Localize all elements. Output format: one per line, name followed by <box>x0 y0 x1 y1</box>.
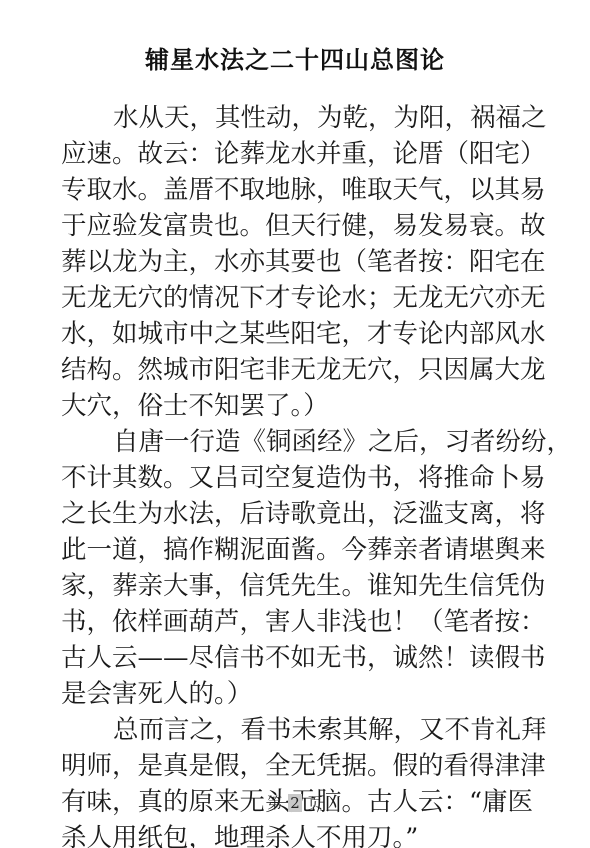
text-line: 水从天，其性动，为乾，为阳，祸福之 <box>61 100 531 136</box>
text-line: 于应验发富贵也。但天行健，易发易衰。故 <box>61 208 531 244</box>
page-label-suffix: 页 <box>308 794 323 812</box>
text-line: 家，葬亲大事，信凭先生。谁知先生信凭伪 <box>61 568 531 604</box>
text-line: 是会害死人的。） <box>61 676 531 712</box>
document-page: 辅星水法之二十四山总图论 水从天，其性动，为乾，为阳，祸福之 应速。故云：论葬龙… <box>0 0 590 848</box>
page-title: 辅星水法之二十四山总图论 <box>0 40 590 75</box>
text-line: 书，依样画葫芦，害人非浅也！（笔者按： <box>61 604 531 640</box>
text-line: 无龙无穴的情况下才专论水；无龙无穴亦无 <box>61 280 531 316</box>
page-label-prefix: 第 <box>267 794 282 812</box>
page-footer: 第2页 <box>0 792 590 813</box>
text-line: 不计其数。又吕司空复造伪书，将推命卜易 <box>61 460 531 496</box>
text-line: 杀人用纸包，地理杀人不用刀。” <box>61 820 531 848</box>
text-line: 大穴，俗士不知罢了。） <box>61 388 531 424</box>
text-line: 自唐一行造《铜函经》之后，习者纷纷， <box>61 424 531 460</box>
text-line: 明师，是真是假，全无凭据。假的看得津津 <box>61 748 531 784</box>
text-line: 结构。然城市阳宅非无龙无穴，只因属大龙 <box>61 352 531 388</box>
page-number: 2 <box>288 794 302 812</box>
text-line: 葬以龙为主，水亦其要也（笔者按：阳宅在 <box>61 244 531 280</box>
text-line: 古人云——尽信书不如无书，诚然！读假书 <box>61 640 531 676</box>
text-line: 应速。故云：论葬龙水并重，论厝（阳宅） <box>61 136 531 172</box>
text-line: 专取水。盖厝不取地脉，唯取天气，以其易 <box>61 172 531 208</box>
text-line: 此一道，搞作糊泥面酱。今葬亲者请堪舆来 <box>61 532 531 568</box>
text-line: 之长生为水法，后诗歌竟出，泛滥支离，将 <box>61 496 531 532</box>
text-line: 水，如城市中之某些阳宅，才专论内部风水 <box>61 316 531 352</box>
document-body: 水从天，其性动，为乾，为阳，祸福之 应速。故云：论葬龙水并重，论厝（阳宅） 专取… <box>61 100 531 848</box>
text-line: 总而言之，看书未索其解，又不肯礼拜 <box>61 712 531 748</box>
